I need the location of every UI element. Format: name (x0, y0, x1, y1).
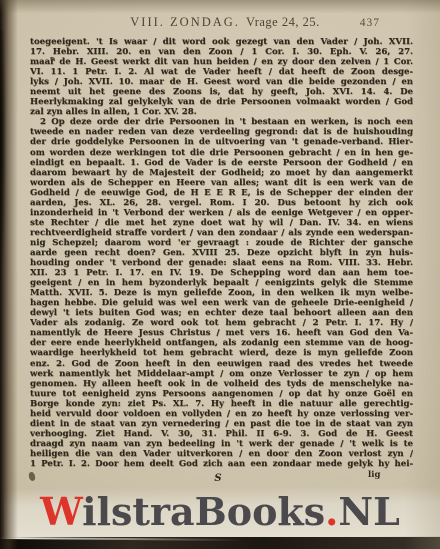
ink-speck (28, 471, 36, 481)
text-line: Matth. XVII. 5. Deze is myn geliefde Zoo… (30, 288, 413, 298)
text-line: toegeeigent. 't Is waar / dit word ook g… (30, 37, 413, 47)
text-line: Vader als zodanig. Ze word ook tot hem g… (30, 318, 413, 328)
page-number: 437 (360, 17, 380, 29)
text-line: heiligen die van den Vader uitverkoren /… (30, 449, 413, 459)
text-line: eindigt en bepaalt. 1. God de Vader is d… (30, 158, 413, 168)
watermark-wilstrabooks: WilstraBooks.NL (0, 489, 440, 535)
text-line: inzonderheid in 't Verbond der werken / … (30, 208, 413, 218)
text-line: werk namentlyk het Middelaar-ampt / om o… (30, 369, 413, 379)
text-line: daarom bewaart hy de Majesteit der Godhe… (30, 168, 413, 178)
watermark-tld: NL (338, 489, 399, 534)
running-title-vrage: Vrage 24, 25. (246, 15, 320, 29)
text-line: neemt uit het geene des Zoons is, dat hy… (30, 87, 413, 97)
text-line: VI. 11. 1 Petr. I. 2. Al wat de Vader he… (30, 67, 413, 77)
catchword: lig (368, 470, 380, 480)
text-line: genomen. Hy alleen heeft ook in de volhe… (30, 379, 413, 389)
text-line: der drie goddelyke Persoonen in de uitvo… (30, 137, 413, 147)
text-line: aarden, Jes. XL. 26, 28. vergel. Rom. I … (30, 198, 413, 208)
text-line: zal zyn alles in allen, 1 Cor. XV. 28. (30, 107, 413, 117)
text-line: heid vervuld door voldoen en vollyden / … (30, 409, 413, 419)
text-line: 17. Hebr. XIII. 20. en van den Zoon / 1 … (30, 47, 413, 57)
text-line: dient in de staat van zyn vernedering / … (30, 419, 413, 429)
text-line: 1 Petr. I. 2. Door hem deelt God zich aa… (30, 459, 413, 469)
text-line: Heerlykmaking zal gelykelyk van de drie … (30, 97, 413, 107)
text-line: Borge konde zyn: ziet Ps. XL. 7. Hy heef… (30, 399, 413, 409)
text-line: tweede en nader reden van deze verdeelin… (30, 127, 413, 137)
watermark-first-letter: W (40, 489, 82, 534)
text-line: lyks / Joh. XVII. 10. maar de H. Geest w… (30, 77, 413, 87)
text-line: dewyl 't iets buiten God was; en echter … (30, 308, 413, 318)
running-title-chapter: VIII. ZONDAG. (130, 15, 240, 29)
text-line: der eere ende heerlykheid ontfangen, als… (30, 338, 413, 348)
text-line: verhooging. Ziet Hand. V. 30, 31. Phil. … (30, 429, 413, 439)
watermark-name: ilstraBooks (82, 489, 325, 534)
page-body-text: toegeeigent. 't Is waar / dit word ook g… (30, 37, 413, 469)
text-line: ste Rechter / die met het zyne doet wat … (30, 218, 413, 228)
text-line: XII. 23 1 Petr. I. 17. en IV. 19. De Sch… (30, 268, 413, 278)
text-line: worden als de Schepper en Heere van alle… (30, 178, 413, 188)
text-line: nig Schepzel; daarom word 'er gevraagt :… (30, 238, 413, 248)
text-line: om worden deze werkingen tot die drie Pe… (30, 148, 413, 158)
text-line: Godheid / de eeuwige God, de H E E R E, … (30, 188, 413, 198)
text-line: rechtveerdigheid straffe vordert / van d… (30, 228, 413, 238)
watermark-dot: . (325, 489, 338, 534)
book-page-scan: VIII. ZONDAG.Vrage 24, 25. 437 toegeeige… (0, 0, 440, 549)
binding-shadow (0, 0, 18, 549)
text-line: houding onder 't verbond der genade: sla… (30, 258, 413, 268)
text-line: 2 Op deze orde der drie Persoonen in 't … (30, 117, 413, 127)
text-line: maar de H. Geest werkt dit van hun beide… (30, 57, 413, 67)
text-line: geeigent / en in hem byzonderlyk bepaalt… (30, 278, 413, 288)
book-bottom-edge (0, 537, 440, 549)
text-line: enz. 2. God de Zoon heeft in den eeuwige… (30, 359, 413, 369)
text-line: waardige heerlykheid tot hem gebracht wi… (30, 348, 413, 358)
text-line: tuure tot eenigheid zyns Persoons aangen… (30, 389, 413, 399)
page-header: VIII. ZONDAG.Vrage 24, 25. 437 (30, 15, 420, 31)
text-line: namentlyk de Heere Jesus Christus / met … (30, 328, 413, 338)
signature-mark: S (203, 473, 233, 484)
text-line: aarde geen recht doen? Gen. XVIII 25. De… (30, 248, 413, 258)
text-line: hagen hebbe. Die geluid was wel een werk… (30, 298, 413, 308)
text-line: draagd zyn naam van zyn bedeeling in 't … (30, 439, 413, 449)
